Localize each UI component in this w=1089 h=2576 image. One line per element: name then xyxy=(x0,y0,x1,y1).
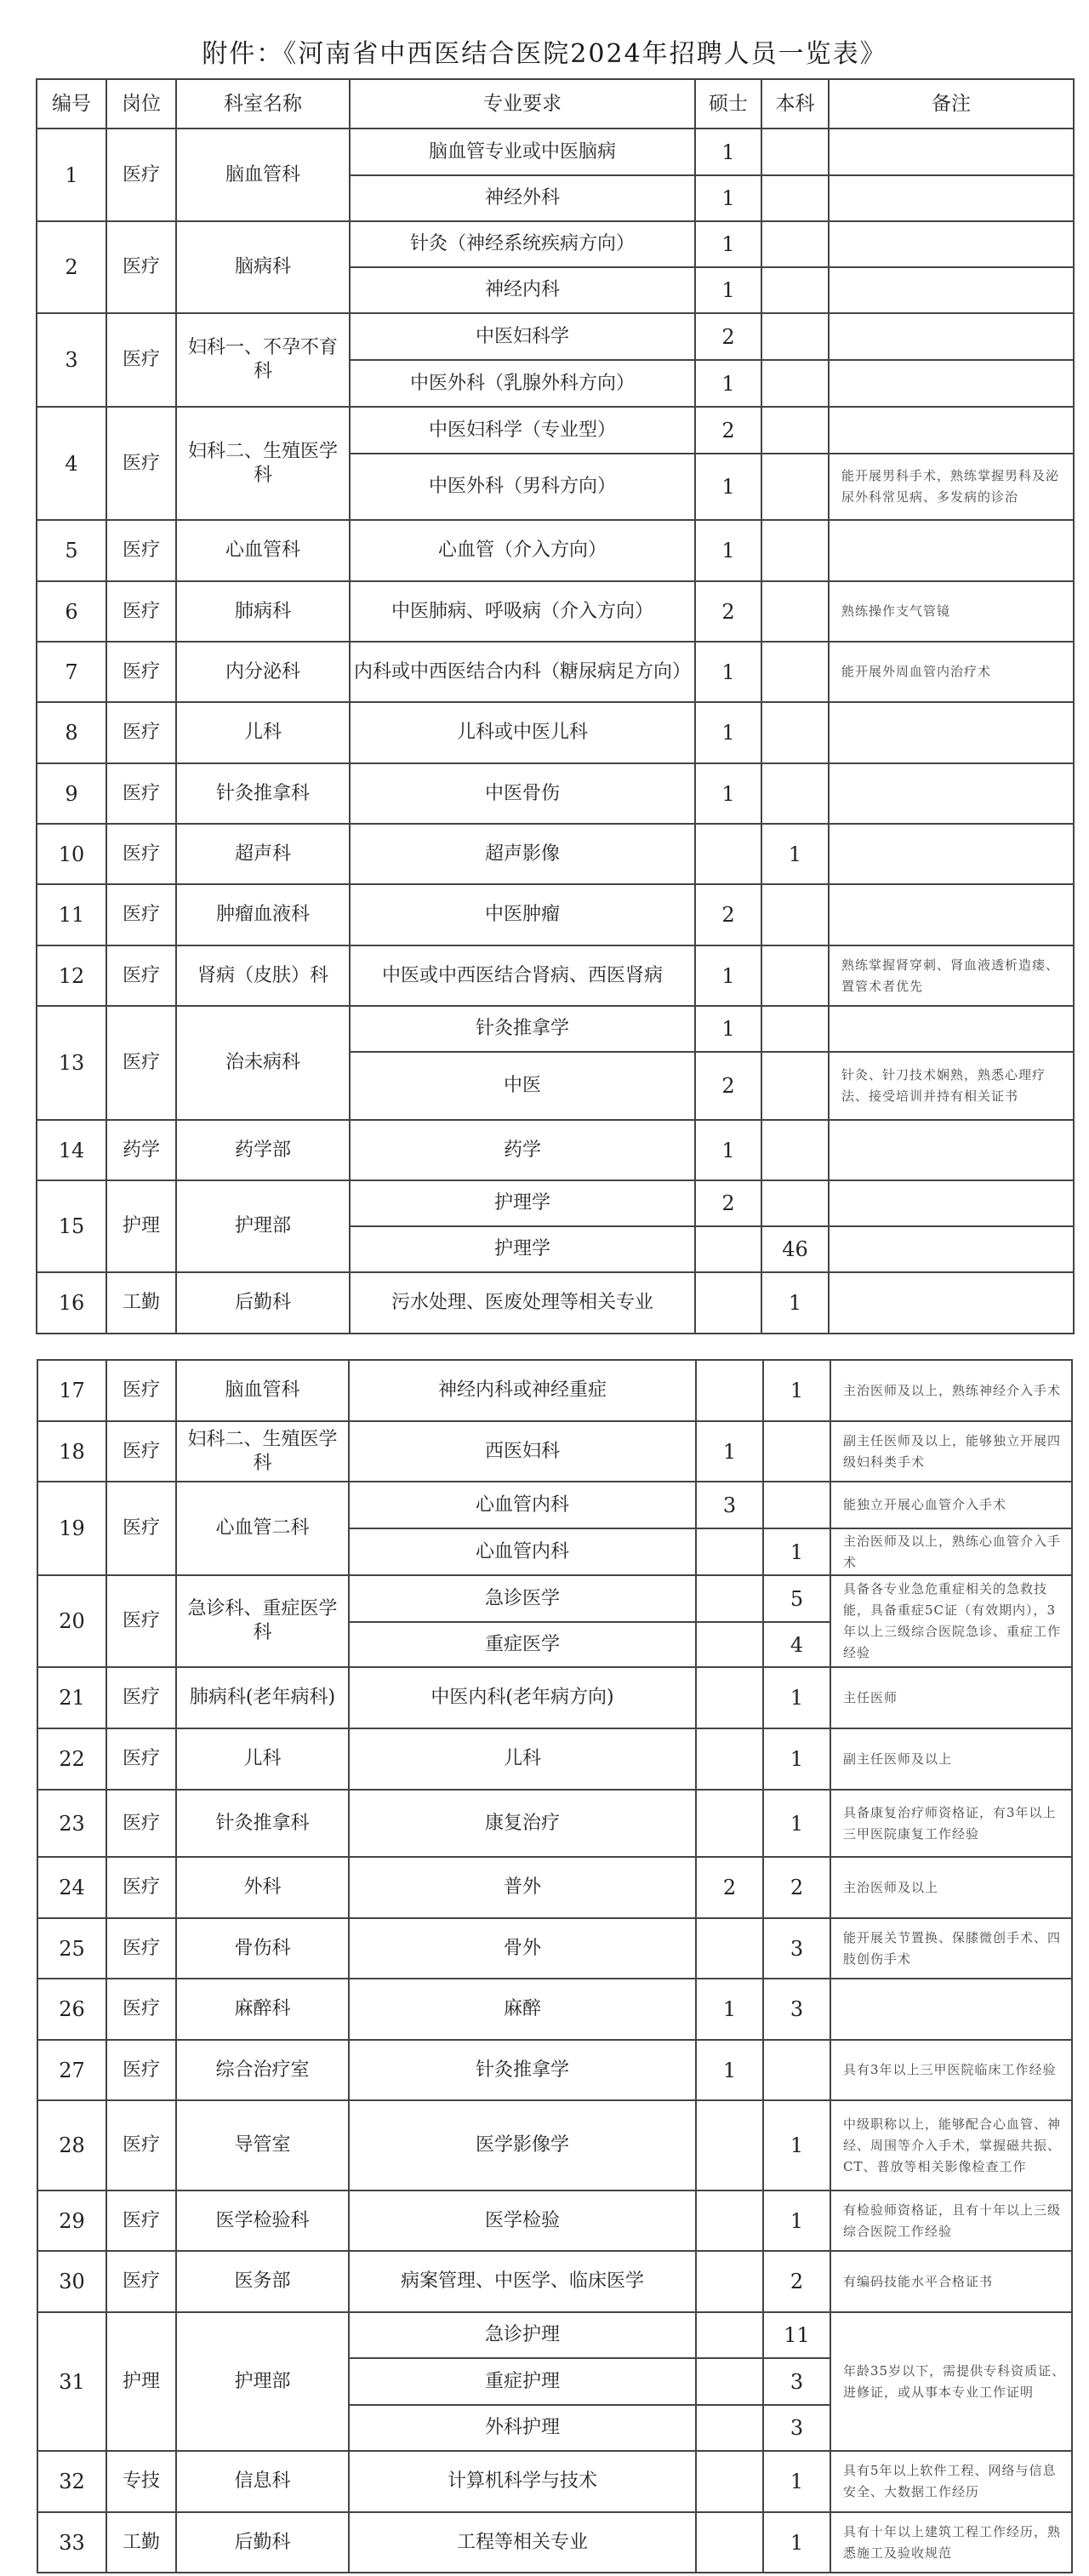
bachelor-count xyxy=(761,1052,829,1120)
master-count: 1 xyxy=(695,642,761,702)
position-id: 22 xyxy=(37,1728,106,1790)
department-name: 信息科 xyxy=(176,2451,349,2512)
position-id: 13 xyxy=(37,1006,106,1120)
department-name: 儿科 xyxy=(176,702,350,763)
position-type: 医疗 xyxy=(106,1575,176,1667)
position-type: 医疗 xyxy=(106,1360,176,1421)
department-name: 护理部 xyxy=(176,2312,349,2451)
header-post: 岗位 xyxy=(106,79,176,129)
header-note: 备注 xyxy=(829,79,1074,129)
master-count: 2 xyxy=(695,313,761,360)
department-name: 妇科二、生殖医学科 xyxy=(176,407,350,520)
remark xyxy=(829,407,1074,454)
master-count: 1 xyxy=(695,763,761,824)
master-count: 1 xyxy=(696,2040,763,2100)
bachelor-count: 1 xyxy=(761,1272,829,1334)
bachelor-count xyxy=(761,763,829,824)
table-row: 32专技信息科计算机科学与技术1具有5年以上软件工程、网络与信息安全、大数据工作… xyxy=(37,2451,1072,2512)
master-count xyxy=(696,2190,763,2251)
bachelor-count xyxy=(761,581,829,642)
major-requirement: 中医妇科学 xyxy=(350,313,695,360)
header-id: 编号 xyxy=(37,79,106,129)
position-id: 15 xyxy=(37,1180,106,1272)
master-count: 1 xyxy=(695,175,761,221)
position-type: 医疗 xyxy=(106,1006,176,1120)
bachelor-count xyxy=(761,407,829,454)
master-count: 2 xyxy=(695,1180,761,1226)
master-count xyxy=(695,824,761,884)
position-id: 32 xyxy=(37,2451,106,2512)
bachelor-count xyxy=(761,221,829,267)
major-requirement: 神经外科 xyxy=(350,175,695,221)
position-type: 医疗 xyxy=(106,642,176,702)
position-id: 5 xyxy=(37,520,106,581)
master-count xyxy=(695,1226,761,1272)
major-requirement: 康复治疗 xyxy=(349,1790,696,1857)
position-type: 医疗 xyxy=(106,2251,176,2312)
remark: 有编码技能水平合格证书 xyxy=(830,2251,1072,2312)
table-row: 20医疗急诊科、重症医学科急诊医学5具备各专业急危重症相关的急救技能，具备重症5… xyxy=(37,1575,1072,1622)
master-count: 2 xyxy=(696,1857,763,1918)
table-row: 29医疗医学检验科医学检验1有检验师资格证，且有十年以上三级综合医院工作经验 xyxy=(37,2190,1072,2251)
table-row: 7医疗内分泌科内科或中西医结合内科（糖尿病足方向）1能开展外周血管内治疗术 xyxy=(37,642,1074,702)
master-count xyxy=(696,1528,763,1575)
bachelor-count: 1 xyxy=(763,1360,830,1421)
table-row: 28医疗导管室医学影像学1中级职称以上，能够配合心血管、神经、周围等介入手术，掌… xyxy=(37,2100,1072,2190)
department-name: 急诊科、重症医学科 xyxy=(176,1575,349,1667)
master-count xyxy=(696,2358,763,2405)
remark: 副主任医师及以上，能够独立开展四级妇科类手术 xyxy=(830,1421,1072,1482)
major-requirement: 重症护理 xyxy=(349,2358,696,2405)
position-id: 27 xyxy=(37,2040,106,2100)
major-requirement: 麻醉 xyxy=(349,1979,696,2040)
major-requirement: 重症医学 xyxy=(349,1622,696,1667)
bachelor-count xyxy=(761,1120,829,1180)
position-id: 23 xyxy=(37,1790,106,1857)
recruitment-table-part-1: 编号 岗位 科室名称 专业要求 硕士 本科 备注 1医疗脑血管科脑血管专业或中医… xyxy=(36,78,1075,1334)
bachelor-count xyxy=(761,1180,829,1226)
bachelor-count xyxy=(761,454,829,520)
table-row: 16工勤后勤科污水处理、医废处理等相关专业1 xyxy=(37,1272,1074,1334)
major-requirement: 中医内科(老年病方向) xyxy=(349,1667,696,1728)
position-type: 专技 xyxy=(106,2451,176,2512)
position-id: 26 xyxy=(37,1979,106,2040)
position-id: 3 xyxy=(37,313,106,407)
position-id: 20 xyxy=(37,1575,106,1667)
bachelor-count xyxy=(763,1482,830,1528)
table-row: 13医疗治未病科针灸推拿学1 xyxy=(37,1006,1074,1052)
remark xyxy=(829,221,1074,267)
remark: 具有十年以上建筑工程工作经历，熟悉施工及验收规范 xyxy=(830,2512,1072,2573)
table-row: 25医疗骨伤科骨外3能开展关节置换、保膝微创手术、四肢创伤手术 xyxy=(37,1918,1072,1979)
master-count: 1 xyxy=(695,945,761,1006)
position-id: 6 xyxy=(37,581,106,642)
department-name: 心血管二科 xyxy=(176,1482,349,1575)
bachelor-count: 11 xyxy=(763,2312,830,2358)
remark xyxy=(829,360,1074,407)
remark xyxy=(829,267,1074,313)
master-count: 2 xyxy=(695,1052,761,1120)
major-requirement: 西医妇科 xyxy=(349,1421,696,1482)
bachelor-count: 3 xyxy=(763,2358,830,2405)
department-name: 医务部 xyxy=(176,2251,349,2312)
position-type: 医疗 xyxy=(106,129,176,221)
bachelor-count xyxy=(761,702,829,763)
department-name: 外科 xyxy=(176,1857,349,1918)
recruitment-table-part-2: 17医疗脑血管科神经内科或神经重症1主治医师及以上，熟练神经介入手术18医疗妇科… xyxy=(37,1359,1073,2573)
remark: 主治医师及以上，熟练心血管介入手术 xyxy=(830,1528,1072,1575)
remark xyxy=(830,1979,1072,2040)
master-count: 1 xyxy=(695,221,761,267)
department-name: 肿瘤血液科 xyxy=(176,884,350,945)
major-requirement: 中医肿瘤 xyxy=(350,884,695,945)
table-row: 21医疗肺病科(老年病科)中医内科(老年病方向)1主任医师 xyxy=(37,1667,1072,1728)
major-requirement: 心血管内科 xyxy=(349,1528,696,1575)
header-bachelor: 本科 xyxy=(761,79,829,129)
position-id: 19 xyxy=(37,1482,106,1575)
remark: 具备各专业急危重症相关的急救技能，具备重症5C证（有效期内），3年以上三级综合医… xyxy=(830,1575,1072,1667)
table-row: 8医疗儿科儿科或中医儿科1 xyxy=(37,702,1074,763)
remark xyxy=(829,824,1074,884)
master-count: 2 xyxy=(695,884,761,945)
major-requirement: 病案管理、中医学、临床医学 xyxy=(349,2251,696,2312)
remark: 具有3年以上三甲医院临床工作经验 xyxy=(830,2040,1072,2100)
major-requirement: 工程等相关专业 xyxy=(349,2512,696,2573)
position-type: 医疗 xyxy=(106,1979,176,2040)
position-id: 31 xyxy=(37,2312,106,2451)
major-requirement: 护理学 xyxy=(350,1180,695,1226)
position-type: 医疗 xyxy=(106,1421,176,1482)
major-requirement: 心血管内科 xyxy=(349,1482,696,1528)
position-type: 医疗 xyxy=(106,221,176,313)
department-name: 后勤科 xyxy=(176,1272,350,1334)
master-count xyxy=(696,1622,763,1667)
remark: 熟练操作支气管镜 xyxy=(829,581,1074,642)
master-count xyxy=(696,1667,763,1728)
position-type: 医疗 xyxy=(106,945,176,1006)
department-name: 导管室 xyxy=(176,2100,349,2190)
table-row: 6医疗肺病科中医肺病、呼吸病（介入方向）2熟练操作支气管镜 xyxy=(37,581,1074,642)
remark xyxy=(829,1226,1074,1272)
table-row: 10医疗超声科超声影像1 xyxy=(37,824,1074,884)
table-row: 12医疗肾病（皮肤）科中医或中西医结合肾病、西医肾病1熟练掌握肾穿刺、肾血液透析… xyxy=(37,945,1074,1006)
master-count xyxy=(695,1272,761,1334)
position-type: 医疗 xyxy=(106,2040,176,2100)
major-requirement: 中医肺病、呼吸病（介入方向） xyxy=(350,581,695,642)
bachelor-count xyxy=(761,175,829,221)
header-master: 硕士 xyxy=(695,79,761,129)
position-type: 医疗 xyxy=(106,1857,176,1918)
bachelor-count xyxy=(761,1006,829,1052)
bachelor-count: 46 xyxy=(761,1226,829,1272)
table-row: 23医疗针灸推拿科康复治疗1具备康复治疗师资格证，有3年以上三甲医院康复工作经验 xyxy=(37,1790,1072,1857)
remark: 主治医师及以上 xyxy=(830,1857,1072,1918)
remark: 能独立开展心血管介入手术 xyxy=(830,1482,1072,1528)
position-type: 医疗 xyxy=(106,1790,176,1857)
master-count xyxy=(696,1918,763,1979)
major-requirement: 中医或中西医结合肾病、西医肾病 xyxy=(350,945,695,1006)
bachelor-count: 2 xyxy=(763,1857,830,1918)
bachelor-count: 1 xyxy=(763,2100,830,2190)
position-id: 9 xyxy=(37,763,106,824)
position-id: 1 xyxy=(37,129,106,221)
position-type: 医疗 xyxy=(106,520,176,581)
remark: 有检验师资格证，且有十年以上三级综合医院工作经验 xyxy=(830,2190,1072,2251)
remark: 具有5年以上软件工程、网络与信息安全、大数据工作经历 xyxy=(830,2451,1072,2512)
remark: 能开展外周血管内治疗术 xyxy=(829,642,1074,702)
department-name: 肺病科 xyxy=(176,581,350,642)
major-requirement: 护理学 xyxy=(350,1226,695,1272)
bachelor-count: 1 xyxy=(763,1528,830,1575)
table-row: 17医疗脑血管科神经内科或神经重症1主治医师及以上，熟练神经介入手术 xyxy=(37,1360,1072,1421)
position-type: 医疗 xyxy=(106,313,176,407)
position-id: 16 xyxy=(37,1272,106,1334)
master-count: 1 xyxy=(695,360,761,407)
department-name: 药学部 xyxy=(176,1120,350,1180)
bachelor-count xyxy=(761,642,829,702)
major-requirement: 超声影像 xyxy=(350,824,695,884)
major-requirement: 医学检验 xyxy=(349,2190,696,2251)
position-type: 医疗 xyxy=(106,1482,176,1575)
position-type: 护理 xyxy=(106,1180,176,1272)
master-count: 1 xyxy=(696,1421,763,1482)
master-count xyxy=(696,2451,763,2512)
department-name: 骨伤科 xyxy=(176,1918,349,1979)
bachelor-count: 3 xyxy=(763,1918,830,1979)
major-requirement: 中医妇科学（专业型） xyxy=(350,407,695,454)
position-id: 25 xyxy=(37,1918,106,1979)
position-type: 护理 xyxy=(106,2312,176,2451)
master-count xyxy=(696,2405,763,2451)
master-count: 1 xyxy=(695,520,761,581)
department-name: 妇科一、不孕不育科 xyxy=(176,313,350,407)
remark xyxy=(829,884,1074,945)
table-body: 17医疗脑血管科神经内科或神经重症1主治医师及以上，熟练神经介入手术18医疗妇科… xyxy=(37,1360,1072,2573)
position-type: 医疗 xyxy=(106,702,176,763)
department-name: 心血管科 xyxy=(176,520,350,581)
bachelor-count xyxy=(761,267,829,313)
bachelor-count: 1 xyxy=(763,1790,830,1857)
major-requirement: 骨外 xyxy=(349,1918,696,1979)
position-id: 2 xyxy=(37,221,106,313)
position-type: 工勤 xyxy=(106,2512,176,2573)
department-name: 医学检验科 xyxy=(176,2190,349,2251)
master-count xyxy=(696,2251,763,2312)
bachelor-count xyxy=(761,313,829,360)
master-count: 1 xyxy=(695,267,761,313)
position-id: 24 xyxy=(37,1857,106,1918)
position-id: 10 xyxy=(37,824,106,884)
bachelor-count xyxy=(761,129,829,175)
position-id: 7 xyxy=(37,642,106,702)
remark xyxy=(829,1006,1074,1052)
major-requirement: 急诊护理 xyxy=(349,2312,696,2358)
department-name: 妇科二、生殖医学科 xyxy=(176,1421,349,1482)
major-requirement: 中医外科（男科方向） xyxy=(350,454,695,520)
bachelor-count: 1 xyxy=(761,824,829,884)
major-requirement: 脑血管专业或中医脑病 xyxy=(350,129,695,175)
bachelor-count xyxy=(761,520,829,581)
major-requirement: 儿科或中医儿科 xyxy=(350,702,695,763)
table-row: 14药学药学部药学1 xyxy=(37,1120,1074,1180)
position-id: 21 xyxy=(37,1667,106,1728)
department-name: 肾病（皮肤）科 xyxy=(176,945,350,1006)
major-requirement: 内科或中西医结合内科（糖尿病足方向） xyxy=(350,642,695,702)
position-id: 11 xyxy=(37,884,106,945)
master-count: 3 xyxy=(696,1482,763,1528)
master-count xyxy=(696,1728,763,1790)
remark xyxy=(829,763,1074,824)
position-type: 医疗 xyxy=(106,884,176,945)
position-id: 33 xyxy=(37,2512,106,2573)
master-count: 1 xyxy=(695,129,761,175)
table-row: 27医疗综合治疗室针灸推拿学1具有3年以上三甲医院临床工作经验 xyxy=(37,2040,1072,2100)
department-name: 内分泌科 xyxy=(176,642,350,702)
major-requirement: 计算机科学与技术 xyxy=(349,2451,696,2512)
table-row: 15护理护理部护理学2 xyxy=(37,1180,1074,1226)
position-id: 18 xyxy=(37,1421,106,1482)
bachelor-count: 3 xyxy=(763,2405,830,2451)
department-name: 脑血管科 xyxy=(176,129,350,221)
header-dept: 科室名称 xyxy=(176,79,350,129)
table-row: 33工勤后勤科工程等相关专业1具有十年以上建筑工程工作经历，熟悉施工及验收规范 xyxy=(37,2512,1072,2573)
table-row: 11医疗肿瘤血液科中医肿瘤2 xyxy=(37,884,1074,945)
master-count: 1 xyxy=(696,1979,763,2040)
document-title: 附件：《河南省中西医结合医院2024年招聘人员一览表》 xyxy=(0,32,1089,70)
master-count xyxy=(696,2512,763,2573)
major-requirement: 神经内科或神经重症 xyxy=(349,1360,696,1421)
remark xyxy=(829,175,1074,221)
position-id: 12 xyxy=(37,945,106,1006)
major-requirement: 中医 xyxy=(350,1052,695,1120)
position-id: 8 xyxy=(37,702,106,763)
major-requirement: 中医外科（乳腺外科方向） xyxy=(350,360,695,407)
remark xyxy=(829,313,1074,360)
department-name: 护理部 xyxy=(176,1180,350,1272)
table-row: 22医疗儿科儿科1副主任医师及以上 xyxy=(37,1728,1072,1790)
master-count: 1 xyxy=(695,1120,761,1180)
bachelor-count: 1 xyxy=(763,1667,830,1728)
major-requirement: 针灸推拿学 xyxy=(349,2040,696,2100)
remark: 针灸、针刀技术娴熟，熟悉心理疗法、接受培训并持有相关证书 xyxy=(829,1052,1074,1120)
table-row: 2医疗脑病科针灸（神经系统疾病方向）1 xyxy=(37,221,1074,267)
master-count xyxy=(696,2312,763,2358)
remark: 熟练掌握肾穿刺、肾血液透析造瘘、置管术者优先 xyxy=(829,945,1074,1006)
table-row: 26医疗麻醉科麻醉13 xyxy=(37,1979,1072,2040)
department-name: 针灸推拿科 xyxy=(176,1790,349,1857)
table-body: 1医疗脑血管科脑血管专业或中医脑病1神经外科12医疗脑病科针灸（神经系统疾病方向… xyxy=(37,129,1074,1334)
master-count xyxy=(696,2100,763,2190)
master-count xyxy=(696,1360,763,1421)
department-name: 治未病科 xyxy=(176,1006,350,1120)
table-header-row: 编号 岗位 科室名称 专业要求 硕士 本科 备注 xyxy=(37,79,1074,129)
master-count: 2 xyxy=(695,581,761,642)
major-requirement: 污水处理、医废处理等相关专业 xyxy=(350,1272,695,1334)
bachelor-count xyxy=(763,1421,830,1482)
master-count xyxy=(696,1790,763,1857)
table-row: 5医疗心血管科心血管（介入方向）1 xyxy=(37,520,1074,581)
department-name: 脑病科 xyxy=(176,221,350,313)
table-row: 4医疗妇科二、生殖医学科中医妇科学（专业型）2 xyxy=(37,407,1074,454)
major-requirement: 普外 xyxy=(349,1857,696,1918)
master-count: 1 xyxy=(695,454,761,520)
major-requirement: 心血管（介入方向） xyxy=(350,520,695,581)
remark: 主任医师 xyxy=(830,1667,1072,1728)
header-major: 专业要求 xyxy=(350,79,695,129)
department-name: 综合治疗室 xyxy=(176,2040,349,2100)
bachelor-count: 1 xyxy=(763,2190,830,2251)
major-requirement: 儿科 xyxy=(349,1728,696,1790)
remark: 能开展男科手术，熟练掌握男科及泌尿外科常见病、多发病的诊治 xyxy=(829,454,1074,520)
remark xyxy=(829,1180,1074,1226)
master-count: 1 xyxy=(695,1006,761,1052)
position-type: 医疗 xyxy=(106,407,176,520)
table-row: 30医疗医务部病案管理、中医学、临床医学2有编码技能水平合格证书 xyxy=(37,2251,1072,2312)
remark: 主治医师及以上，熟练神经介入手术 xyxy=(830,1360,1072,1421)
major-requirement: 神经内科 xyxy=(350,267,695,313)
major-requirement: 药学 xyxy=(350,1120,695,1180)
major-requirement: 中医骨伤 xyxy=(350,763,695,824)
bachelor-count: 3 xyxy=(763,1979,830,2040)
position-type: 药学 xyxy=(106,1120,176,1180)
department-name: 针灸推拿科 xyxy=(176,763,350,824)
department-name: 脑血管科 xyxy=(176,1360,349,1421)
bachelor-count: 1 xyxy=(763,2512,830,2573)
position-id: 29 xyxy=(37,2190,106,2251)
position-type: 医疗 xyxy=(106,1728,176,1790)
remark: 年龄35岁以下，需提供专科资质证、进修证，或从事本专业工作证明 xyxy=(830,2312,1072,2451)
remark: 副主任医师及以上 xyxy=(830,1728,1072,1790)
position-type: 医疗 xyxy=(106,1918,176,1979)
department-name: 超声科 xyxy=(176,824,350,884)
bachelor-count: 1 xyxy=(763,1728,830,1790)
bachelor-count xyxy=(761,945,829,1006)
table-row: 31护理护理部急诊护理11年龄35岁以下，需提供专科资质证、进修证，或从事本专业… xyxy=(37,2312,1072,2358)
position-type: 医疗 xyxy=(106,1667,176,1728)
major-requirement: 针灸（神经系统疾病方向） xyxy=(350,221,695,267)
table-row: 19医疗心血管二科心血管内科3能独立开展心血管介入手术 xyxy=(37,1482,1072,1528)
master-count xyxy=(696,1575,763,1622)
major-requirement: 针灸推拿学 xyxy=(350,1006,695,1052)
department-name: 后勤科 xyxy=(176,2512,349,2573)
table-row: 18医疗妇科二、生殖医学科西医妇科1副主任医师及以上，能够独立开展四级妇科类手术 xyxy=(37,1421,1072,1482)
position-type: 医疗 xyxy=(106,581,176,642)
remark xyxy=(829,1272,1074,1334)
position-id: 17 xyxy=(37,1360,106,1421)
remark: 具备康复治疗师资格证，有3年以上三甲医院康复工作经验 xyxy=(830,1790,1072,1857)
position-type: 医疗 xyxy=(106,2100,176,2190)
position-id: 28 xyxy=(37,2100,106,2190)
major-requirement: 医学影像学 xyxy=(349,2100,696,2190)
remark xyxy=(829,702,1074,763)
major-requirement: 外科护理 xyxy=(349,2405,696,2451)
department-name: 麻醉科 xyxy=(176,1979,349,2040)
bachelor-count: 2 xyxy=(763,2251,830,2312)
major-requirement: 急诊医学 xyxy=(349,1575,696,1622)
master-count: 2 xyxy=(695,407,761,454)
remark: 能开展关节置换、保膝微创手术、四肢创伤手术 xyxy=(830,1918,1072,1979)
position-type: 医疗 xyxy=(106,763,176,824)
bachelor-count xyxy=(763,2040,830,2100)
master-count: 1 xyxy=(695,702,761,763)
bachelor-count: 1 xyxy=(763,2451,830,2512)
bachelor-count: 4 xyxy=(763,1622,830,1667)
department-name: 肺病科(老年病科) xyxy=(176,1667,349,1728)
position-id: 14 xyxy=(37,1120,106,1180)
table-row: 9医疗针灸推拿科中医骨伤1 xyxy=(37,763,1074,824)
bachelor-count xyxy=(761,884,829,945)
remark xyxy=(829,520,1074,581)
